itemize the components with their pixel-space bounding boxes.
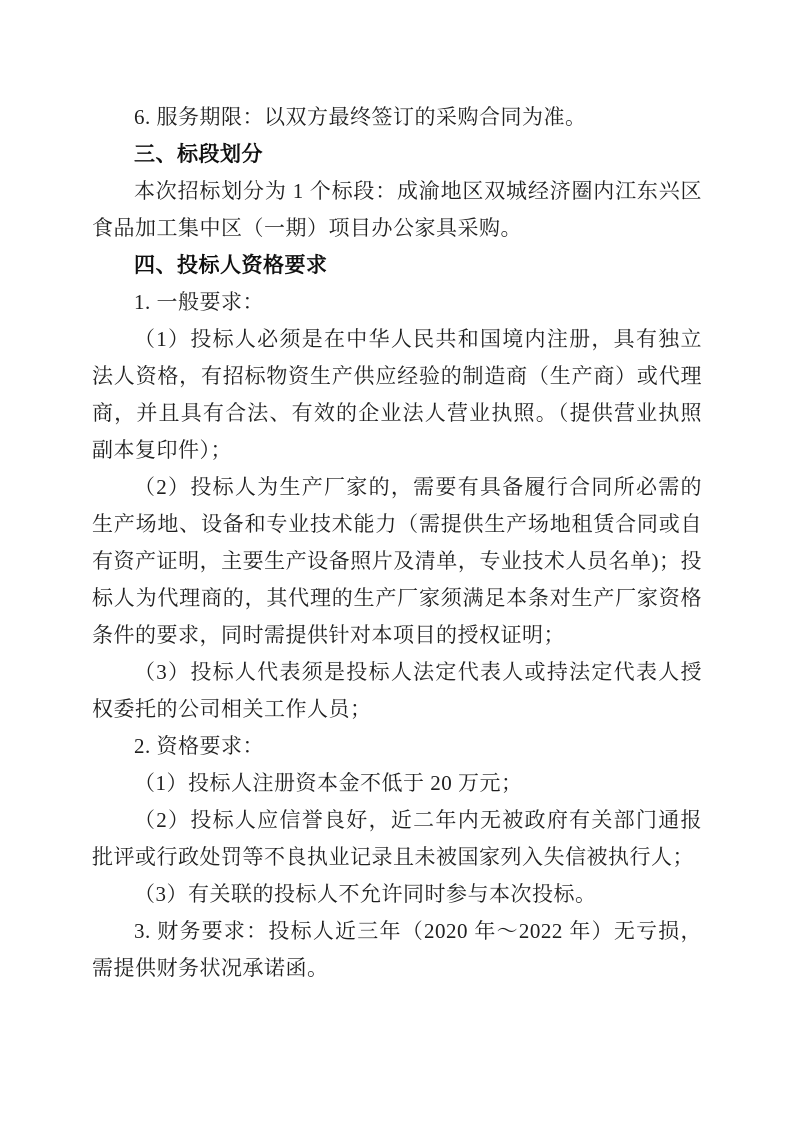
paragraph: 本次招标划分为 1 个标段：成渝地区双城经济圈内江东兴区食品加工集中区（一期）项…	[92, 173, 702, 247]
document-body: 6. 服务期限：以双方最终签订的采购合同为准。三、标段划分本次招标划分为 1 个…	[92, 99, 702, 987]
paragraph: 2. 资格要求：	[92, 728, 702, 765]
section-heading: 三、标段划分	[92, 136, 702, 173]
paragraph: 1. 一般要求：	[92, 284, 702, 321]
paragraph: （1）投标人注册资本金不低于 20 万元；	[92, 765, 702, 802]
section-heading: 四、投标人资格要求	[92, 247, 702, 284]
paragraph: 6. 服务期限：以双方最终签订的采购合同为准。	[92, 99, 702, 136]
document-page: 6. 服务期限：以双方最终签订的采购合同为准。三、标段划分本次招标划分为 1 个…	[0, 0, 794, 1123]
paragraph: 3. 财务要求：投标人近三年（2020 年～2022 年）无亏损，需提供财务状况…	[92, 913, 702, 987]
paragraph: （2）投标人为生产厂家的，需要有具备履行合同所必需的生产场地、设备和专业技术能力…	[92, 469, 702, 654]
paragraph: （1）投标人必须是在中华人民共和国境内注册，具有独立法人资格，有招标物资生产供应…	[92, 321, 702, 469]
paragraph: （2）投标人应信誉良好，近二年内无被政府有关部门通报批评或行政处罚等不良执业记录…	[92, 802, 702, 876]
paragraph: （3）有关联的投标人不允许同时参与本次投标。	[92, 876, 702, 913]
paragraph: （3）投标人代表须是投标人法定代表人或持法定代表人授权委托的公司相关工作人员；	[92, 654, 702, 728]
